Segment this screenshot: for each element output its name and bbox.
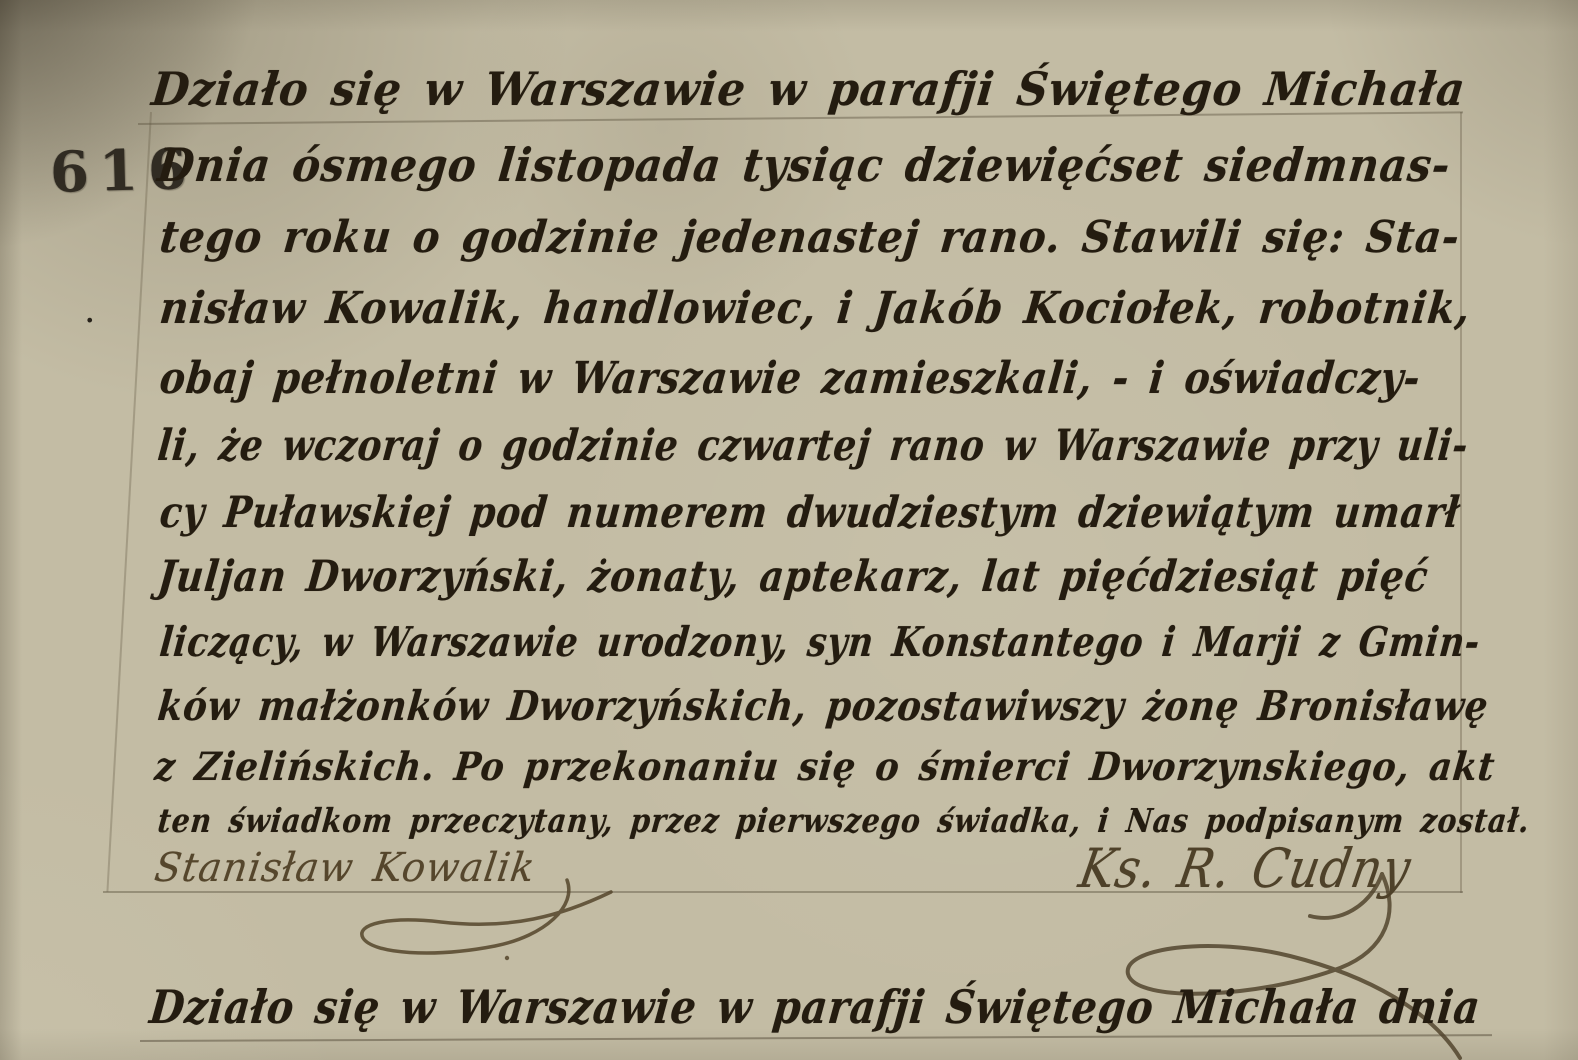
record-text-line: ków małżonków Dworzyńskich, pozostawiwsz… — [156, 686, 1491, 727]
record-text-line: Działo się w Warszawie w parafji Święteg… — [150, 66, 1468, 112]
next-record-first-line: Działo się w Warszawie w parafji Święteg… — [148, 984, 1483, 1030]
record-text-line: nisław Kowalik, handlowiec, i Jakób Koci… — [158, 287, 1473, 331]
record-text-line: li, że wczoraj o godzinie czwartej rano … — [156, 425, 1471, 468]
record-text-line: z Zielińskich. Po przekonaniu się o śmie… — [153, 748, 1497, 787]
record-text-line: Juljan Dworzyński, żonaty, aptekarz, lat… — [156, 556, 1431, 599]
record-text-line: liczący, w Warszawie urodzony, syn Konst… — [158, 622, 1482, 663]
record-text-line: cy Puławskiej pod numerem dwudziestym dz… — [158, 492, 1462, 535]
witness-signature-flourish — [355, 878, 625, 968]
record-text-line: Dnia ósmego listopada tysiąc dziewięćset… — [156, 142, 1453, 188]
record-text-line: ten świadkom przeczytany, przez pierwsze… — [156, 804, 1531, 837]
bleed-through-marks — [0, 340, 150, 880]
register-page: 616 . Działo się w Warszawie w parafji Ś… — [0, 0, 1578, 1060]
record-text-line: obaj pełnoletni w Warszawie zamieszkali,… — [158, 357, 1423, 401]
record-text-line: tego roku o godzinie jedenastej rano. St… — [158, 216, 1462, 260]
margin-dot: . — [84, 290, 95, 331]
